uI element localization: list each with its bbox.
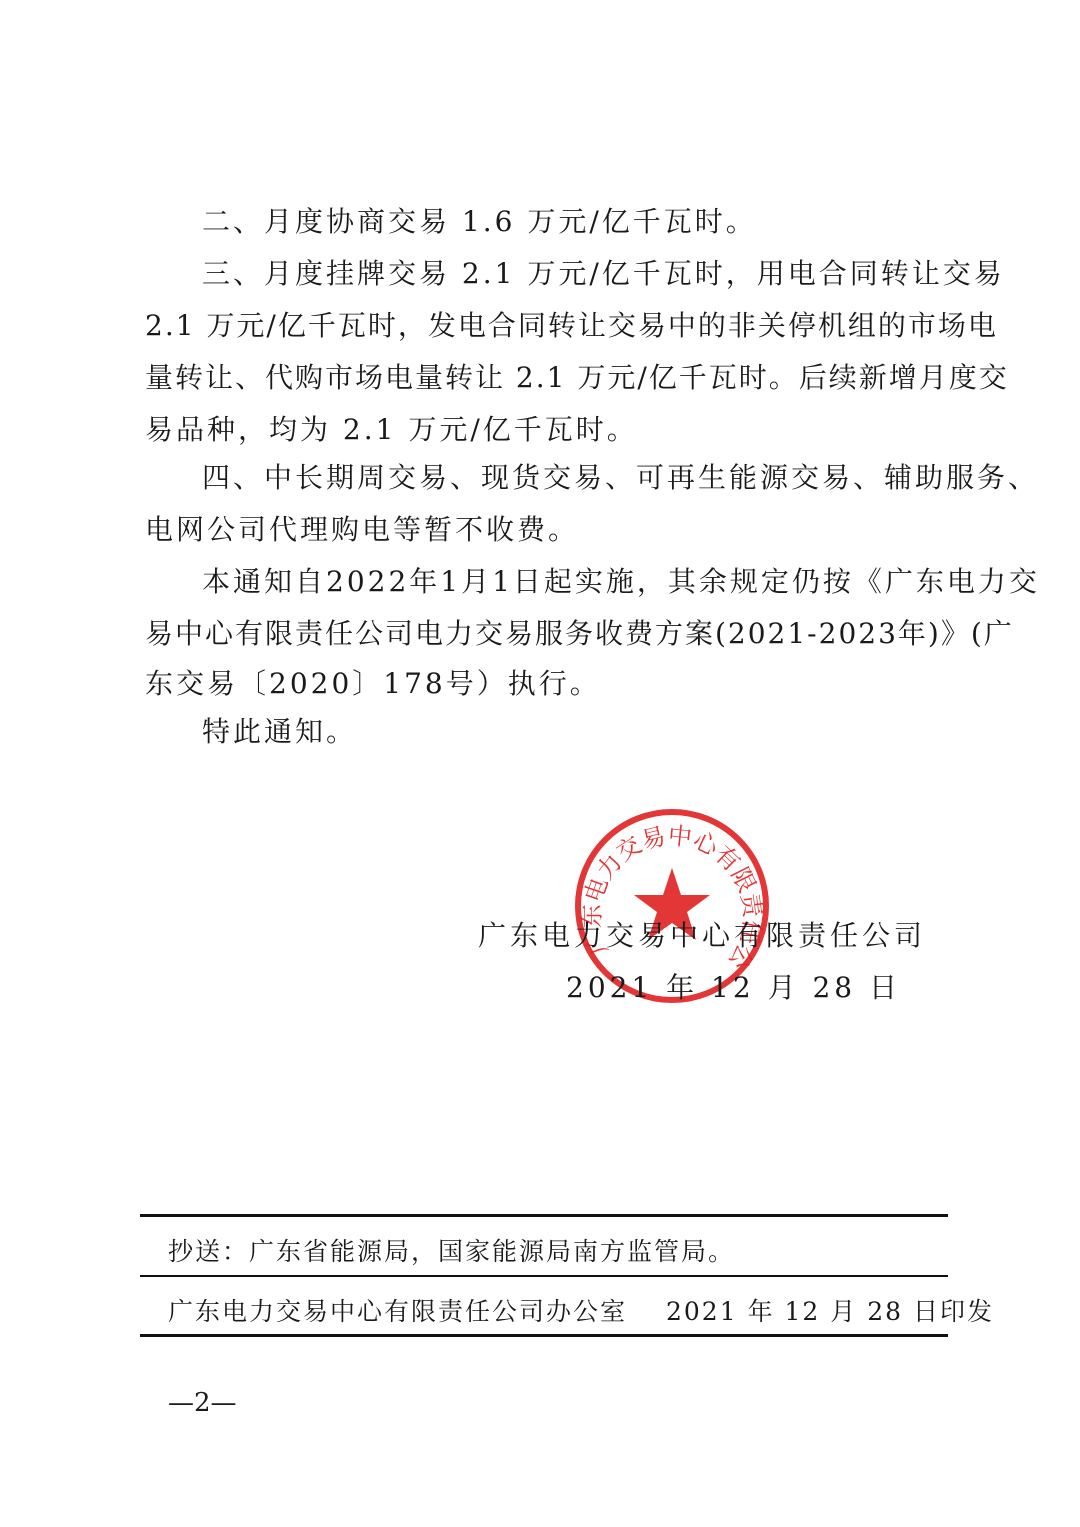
signature-date: 2021 年 12 月 28 日 [566,966,901,1006]
paragraph-5-line-1: 本通知自2022年1月1日起实施，其余规定仍按《广东电力交 [202,562,1040,602]
closing-text: 特此通知。 [202,712,357,752]
paragraph-5-line-2: 易中心有限责任公司电力交易服务收费方案(2021-2023年)》(广 [145,614,1014,654]
paragraph-4-line-1: 四、中长期周交易、现货交易、可再生能源交易、辅助服务、 [202,458,1039,498]
cc-line: 抄送：广东省能源局，国家能源局南方监管局。 [168,1232,735,1268]
paragraph-4-line-2: 电网公司代理购电等暂不收费。 [145,510,579,550]
paragraph-3-line-3: 量转让、代购市场电量转让 2.1 万元/亿千瓦时。后续新增月度交 [145,358,1009,398]
paragraph-5-line-3: 东交易〔2020〕178号）执行。 [145,664,601,704]
footer-middle-rule [140,1275,948,1277]
paragraph-2-line-1: 二、月度协商交易 1.6 万元/亿千瓦时。 [202,202,757,242]
page-number: —2— [168,1388,237,1418]
signature-organization: 广东电力交易中心有限责任公司 [478,914,926,954]
footer-bottom-rule [140,1334,948,1337]
footer-top-rule [140,1214,948,1217]
paragraph-3-line-4: 易品种，均为 2.1 万元/亿千瓦时。 [145,410,638,450]
paragraph-3-line-2: 2.1 万元/亿千瓦时，发电合同转让交易中的非关停机组的市场电 [145,306,998,346]
paragraph-3-line-1: 三、月度挂牌交易 2.1 万元/亿千瓦时，用电合同转让交易 [202,254,1005,294]
issue-date: 2021 年 12 月 28 日印发 [666,1292,994,1328]
issuer-office: 广东电力交易中心有限责任公司办公室 [168,1292,627,1328]
